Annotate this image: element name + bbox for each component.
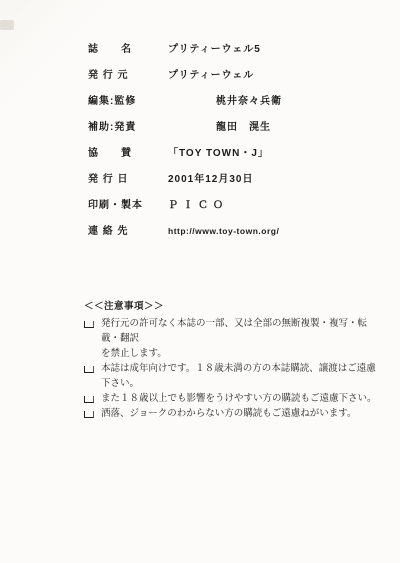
row-label: 協 賛 xyxy=(88,144,156,159)
row-value: 龍田 滉生 xyxy=(156,118,271,133)
row-label: 連 絡 先 xyxy=(88,222,156,237)
colophon-row-date: 発 行 日 2001年12月30日 xyxy=(88,170,378,196)
notice-line: 発行元の許可なく本誌の一部、又は全部の無断複製・複写・転載・翻訳 xyxy=(101,319,367,344)
colophon-row-sponsor: 協 賛 「TOY TOWN・J」 xyxy=(88,144,378,170)
checkbox-bullet-icon xyxy=(84,411,94,418)
row-label: 発 行 元 xyxy=(88,66,156,81)
notice-line: を禁止します。 xyxy=(101,347,384,362)
notice-title: ＜＜注意事項＞＞ xyxy=(84,300,384,315)
row-label: 編集:監修 xyxy=(88,92,156,107)
row-value: 桃井奈々兵衛 xyxy=(156,92,282,107)
checkbox-bullet-icon xyxy=(84,396,94,403)
notice-text: 発行元の許可なく本誌の一部、又は全部の無断複製・複写・転載・翻訳 を禁止します。 xyxy=(101,317,384,362)
notice-item: また１８歳以上でも影響をうけやすい方の購読もご遠慮下さい。 xyxy=(84,392,384,407)
notice-item: 本誌は成年向けです。１８歳未満の方の本誌購読、譲渡はご遠慮下さい。 xyxy=(84,362,384,392)
colophon-row-editor: 編集:監修 桃井奈々兵衛 xyxy=(88,92,378,118)
row-value: ＰＩＣＯ xyxy=(156,196,228,211)
colophon-row-contact: 連 絡 先 http://www.toy-town.org/ xyxy=(88,222,378,248)
colophon-row-printer: 印刷・製本 ＰＩＣＯ xyxy=(88,196,378,222)
row-value: 2001年12月30日 xyxy=(156,170,254,185)
scanned-page: 誌 名 プリティーウェル5 発 行 元 プリティーウェル 編集:監修 桃井奈々兵… xyxy=(0,0,400,563)
row-label: 誌 名 xyxy=(88,40,156,55)
checkbox-bullet-icon xyxy=(84,366,94,373)
notice-line: また１８歳以上でも影響をうけやすい方の購読もご遠慮下さい。 xyxy=(101,394,377,404)
colophon-row-publisher: 発 行 元 プリティーウェル xyxy=(88,66,378,92)
row-value: プリティーウェル xyxy=(156,66,254,81)
row-label: 補助:発責 xyxy=(88,118,156,133)
row-label: 印刷・製本 xyxy=(88,196,156,211)
notice-line: 洒落、ジョークのわからない方の購読もご遠慮ねがいます。 xyxy=(101,409,357,419)
checkbox-bullet-icon xyxy=(84,321,94,328)
row-label: 発 行 日 xyxy=(88,170,156,185)
row-value: 「TOY TOWN・J」 xyxy=(156,144,269,159)
notice-text: また１８歳以上でも影響をうけやすい方の購読もご遠慮下さい。 xyxy=(101,392,384,407)
contact-url: http://www.toy-town.org/ xyxy=(156,226,279,236)
notice-item: 洒落、ジョークのわからない方の購読もご遠慮ねがいます。 xyxy=(84,407,384,422)
notice-line: 本誌は成年向けです。１８歳未満の方の本誌購読、譲渡はご遠慮下さい。 xyxy=(101,364,376,389)
row-value: プリティーウェル5 xyxy=(156,40,261,55)
colophon-row-assistant: 補助:発責 龍田 滉生 xyxy=(88,118,378,144)
notice-item: 発行元の許可なく本誌の一部、又は全部の無断複製・複写・転載・翻訳 を禁止します。 xyxy=(84,317,384,362)
notice-text: 洒落、ジョークのわからない方の購読もご遠慮ねがいます。 xyxy=(101,407,384,422)
colophon-table: 誌 名 プリティーウェル5 発 行 元 プリティーウェル 編集:監修 桃井奈々兵… xyxy=(88,40,378,248)
colophon-row-title: 誌 名 プリティーウェル5 xyxy=(88,40,378,66)
notice-text: 本誌は成年向けです。１８歳未満の方の本誌購読、譲渡はご遠慮下さい。 xyxy=(101,362,384,392)
scan-artifact xyxy=(0,20,14,30)
notice-section: ＜＜注意事項＞＞ 発行元の許可なく本誌の一部、又は全部の無断複製・複写・転載・翻… xyxy=(84,300,384,422)
